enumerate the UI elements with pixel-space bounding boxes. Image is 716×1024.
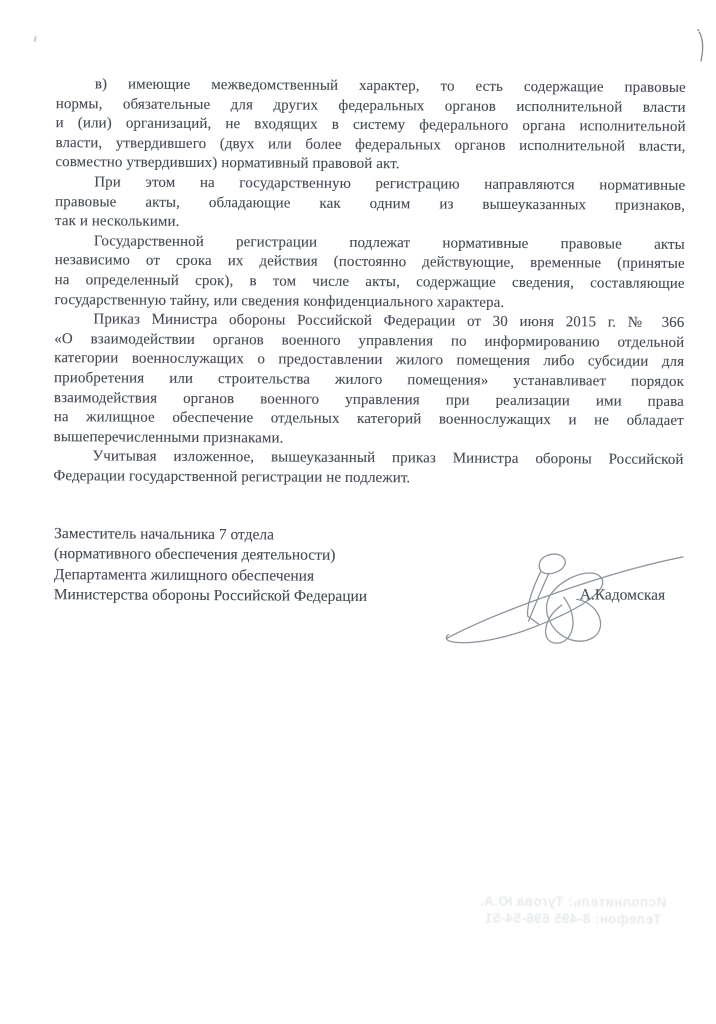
signer-title-line: (нормативного обеспечения деятельности) — [54, 545, 474, 568]
signer-name: А.Кадомская — [580, 586, 666, 605]
scan-content: в) имеющие межведомственный характер, то… — [0, 0, 716, 1024]
scan-crease-mark-top-right — [693, 24, 709, 66]
paragraph: в) имеющие межведомственный характер, то… — [55, 75, 686, 177]
paragraph: Государственной регистрации подлежат нор… — [54, 232, 684, 314]
paragraph: При этом на государственную регистрацию … — [55, 173, 685, 236]
paragraph: Учитывая изложенное, вышеуказанный прика… — [53, 447, 683, 490]
signer-title-line: Департамента жилищного обеспечения — [54, 565, 474, 588]
signer-title-line: Заместитель начальника 7 отдела — [54, 524, 474, 547]
paragraph-line: Федерации государственной регистрации не… — [53, 467, 683, 490]
scan-speck-top-left — [33, 36, 36, 42]
bleed-through-line: Телефон: 8-495 696-54-51 — [473, 910, 673, 928]
signer-title-line: Министерства обороны Российской Федераци… — [54, 585, 474, 608]
paragraph: Приказ Министра обороны Российской Федер… — [54, 310, 685, 451]
bleed-through-line: Исполнитель: Тугова Ю.А. — [473, 893, 673, 911]
signature-block: Заместитель начальника 7 отдела (нормати… — [54, 524, 474, 608]
bleed-through-text: Исполнитель: Тугова Ю.А. Телефон: 8-495 … — [473, 893, 673, 928]
document-body: в) имеющие межведомственный характер, то… — [53, 75, 686, 490]
scanned-document-page: в) имеющие межведомственный характер, то… — [0, 0, 716, 1024]
